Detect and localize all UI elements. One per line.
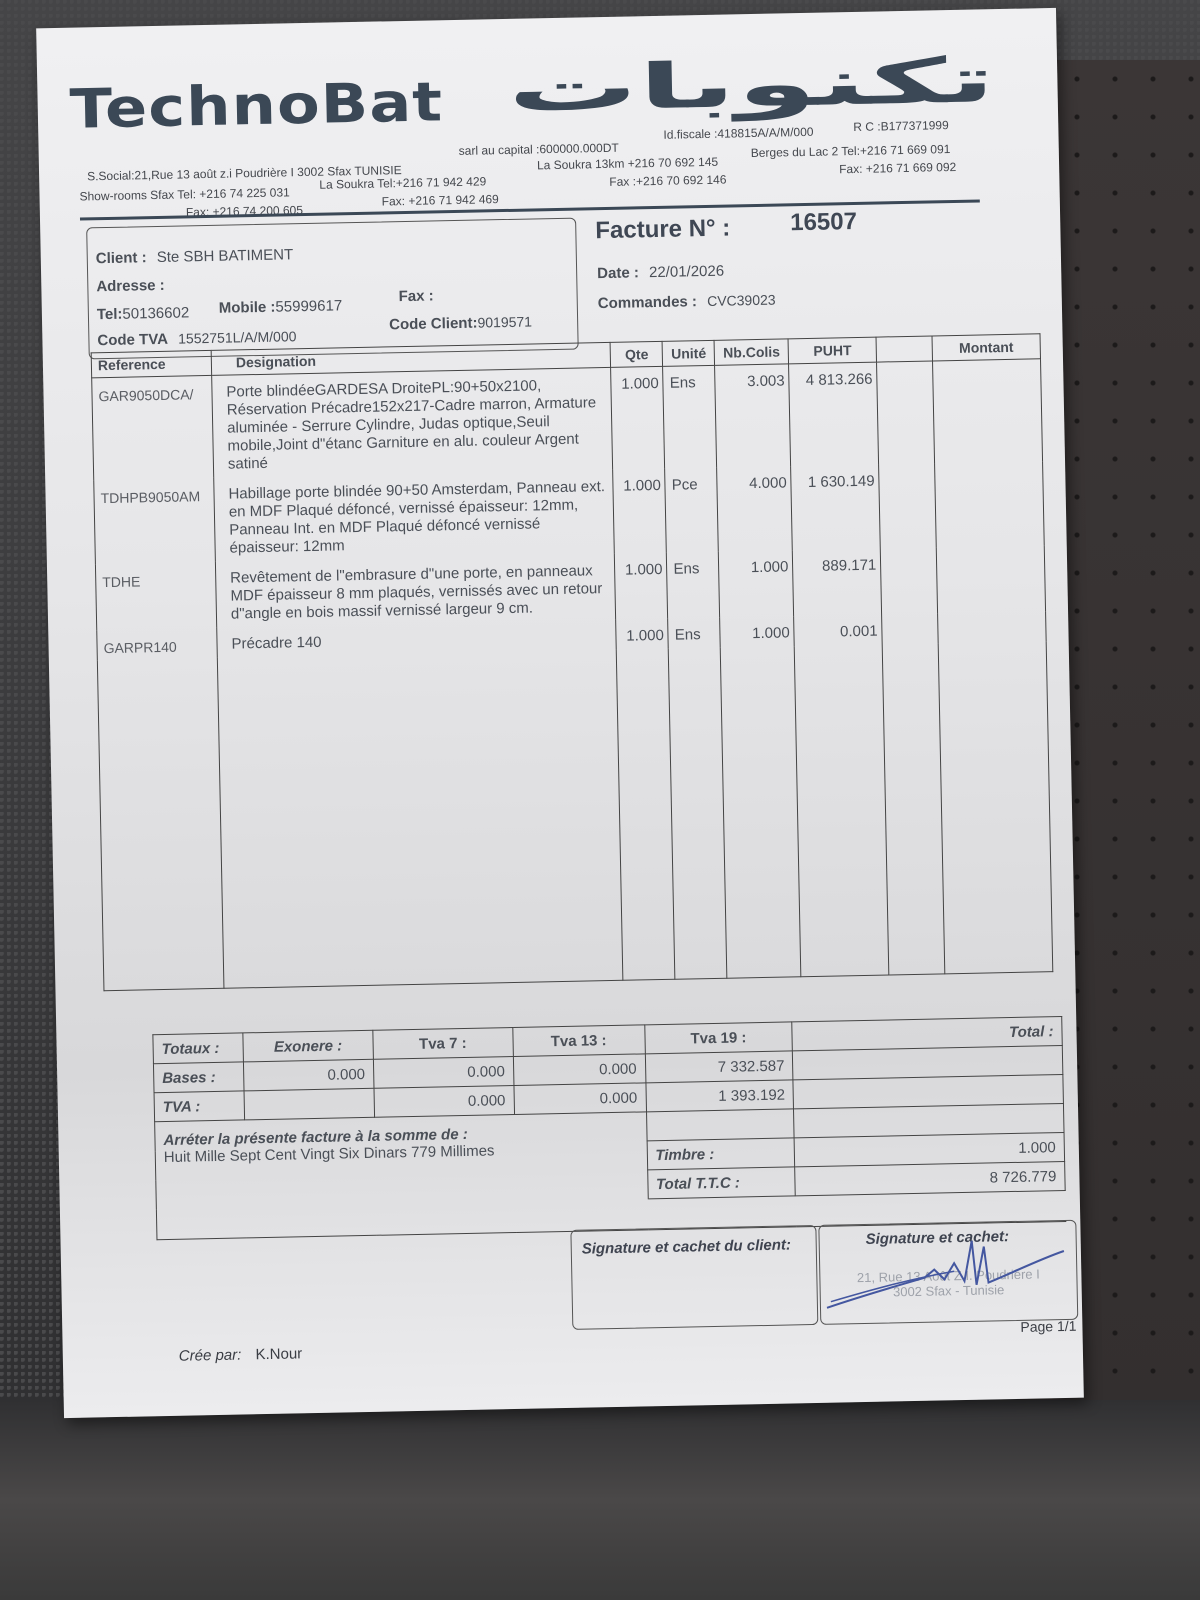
cell-unite: Ens xyxy=(667,552,720,619)
filler-cell xyxy=(97,658,224,991)
filler-cell xyxy=(721,646,802,978)
tel-label: Tel: xyxy=(97,306,123,324)
showroom-berges: Berges du Lac 2 Tel:+216 71 669 091 xyxy=(751,142,951,160)
cell-reference: TDHE xyxy=(95,562,216,630)
cell-puht: 4 813.266 xyxy=(789,362,879,466)
cell-puht: 889.171 xyxy=(793,549,882,617)
cell-extra xyxy=(877,361,935,465)
tva13-tva: 0.000 xyxy=(514,1083,646,1115)
cell-puht: 0.001 xyxy=(794,615,883,647)
filler-cell xyxy=(217,650,623,988)
commandes-value: CVC39023 xyxy=(707,292,776,309)
tva7-tva: 0.000 xyxy=(374,1086,514,1118)
tva-label: TVA : xyxy=(154,1091,245,1122)
invoice-paper: TechnoBat تكنوبات S.Social:21,Rue 13 aoû… xyxy=(36,8,1084,1418)
timbre-label: Timbre : xyxy=(647,1138,795,1170)
client-name: Ste SBH BATIMENT xyxy=(157,246,294,266)
cell-extra xyxy=(879,463,937,548)
tva13-header: Tva 13 : xyxy=(512,1025,644,1057)
page-number: Page 1/1 xyxy=(1020,1318,1076,1335)
tva7-header: Tva 7 : xyxy=(373,1028,513,1060)
mobile-value: 55999617 xyxy=(275,297,342,315)
created-by-label: Crée par: xyxy=(179,1347,242,1365)
cell-qte: 1.000 xyxy=(616,619,669,650)
filler-cell xyxy=(669,648,728,979)
totals-table: Totaux : Exonere : Tva 7 : Tva 13 : Tva … xyxy=(152,1016,1066,1240)
company-logo-latin: TechnoBat xyxy=(69,70,444,140)
client-signature-label: Signature et cachet du client: xyxy=(571,1226,815,1258)
table-row: GAR9050DCA/Porte blindéeGARDESA DroitePL… xyxy=(92,359,1043,481)
cell-nb-colis: 3.003 xyxy=(715,364,791,468)
invoice-items-table: Reference Designation Qte Unité Nb.Colis… xyxy=(91,333,1054,991)
tva19-base: 7 332.587 xyxy=(645,1051,793,1083)
mobile-label: Mobile : xyxy=(219,299,276,317)
fax-label: Fax : xyxy=(398,287,433,305)
exonere-tva xyxy=(244,1088,374,1120)
company-fiscal-id: Id.fiscale :418815A/A/M/000 xyxy=(663,125,813,142)
cell-montant xyxy=(936,545,1045,613)
showroom-berges-fax: Fax: +216 71 669 092 xyxy=(839,160,956,176)
showroom-soukra13: La Soukra 13km +216 70 692 145 xyxy=(537,155,718,173)
col-reference: Reference xyxy=(91,350,211,377)
cell-qte: 1.000 xyxy=(611,366,665,470)
cell-nb-colis: 4.000 xyxy=(717,466,793,551)
cell-reference: TDHPB9050AM xyxy=(94,478,216,564)
commandes-label: Commandes : xyxy=(598,293,698,312)
company-rc: R C :B177371999 xyxy=(853,118,949,134)
cell-montant xyxy=(938,611,1047,643)
blank-cell xyxy=(646,1109,794,1141)
company-signature-box: Signature et cachet: 21, Rue 13 Août Z.I… xyxy=(818,1220,1078,1325)
client-signature-box: Signature et cachet du client: xyxy=(570,1225,818,1330)
invoice-title: Facture N° : xyxy=(595,214,730,245)
cell-montant xyxy=(935,461,1045,547)
tva7-base: 0.000 xyxy=(373,1057,513,1089)
bases-label: Bases : xyxy=(153,1062,244,1093)
code-tva-value: 1552751L/A/M/000 xyxy=(178,328,297,346)
cell-nb-colis: 1.000 xyxy=(720,616,795,647)
cell-designation: Porte blindéeGARDESA DroitePL:90+50x2100… xyxy=(212,367,613,477)
cell-qte: 1.000 xyxy=(613,469,667,554)
background-floor xyxy=(0,1400,1200,1600)
cell-extra xyxy=(882,613,938,644)
cell-designation: Revêtement de l"embrasure d"une porte, e… xyxy=(215,554,616,628)
tel-value: 50136602 xyxy=(122,304,189,322)
code-tva-label: Code TVA xyxy=(97,331,168,349)
exonere-header: Exonere : xyxy=(243,1030,373,1062)
col-montant: Montant xyxy=(932,334,1040,361)
table-filler-row xyxy=(97,641,1052,990)
cell-montant xyxy=(933,359,1043,464)
filler-cell xyxy=(882,643,944,975)
client-label: Client : xyxy=(96,249,147,267)
client-info-box: Client : Ste SBH BATIMENT Adresse : Tel:… xyxy=(86,218,579,360)
tva13-base: 0.000 xyxy=(513,1054,645,1086)
showroom-sfax: Show-rooms Sfax Tel: +216 74 225 031 xyxy=(79,185,289,203)
ttc-label: Total T.T.C : xyxy=(647,1167,795,1199)
date-label: Date : xyxy=(597,264,639,282)
cell-unite: Ens xyxy=(668,618,721,649)
showroom-soukra: La Soukra Tel:+216 71 942 429 xyxy=(319,174,486,191)
date-value: 22/01/2026 xyxy=(649,263,724,282)
tva19-header: Tva 19 : xyxy=(644,1022,792,1054)
showroom-soukra13-fax: Fax :+216 70 692 146 xyxy=(609,173,726,189)
signature-scribble-icon xyxy=(824,1231,1076,1316)
filler-cell xyxy=(938,641,1053,974)
created-by-value: K.Nour xyxy=(255,1345,302,1363)
cell-reference: GARPR140 xyxy=(97,628,218,660)
col-blank xyxy=(876,336,932,362)
cell-reference: GAR9050DCA/ xyxy=(92,375,214,480)
cell-unite: Ens xyxy=(663,365,717,469)
col-nb-colis: Nb.Colis xyxy=(714,339,788,365)
code-client-value: 9019571 xyxy=(477,313,532,330)
filler-cell xyxy=(617,649,676,980)
tva19-tva: 1 393.192 xyxy=(645,1080,793,1112)
company-logo-arabic: تكنوبات xyxy=(507,43,996,126)
cell-nb-colis: 1.000 xyxy=(719,550,794,617)
code-client-label: Code Client: xyxy=(389,315,478,334)
exonere-base: 0.000 xyxy=(243,1059,373,1091)
company-capital: sarl au capital :600000.000DT xyxy=(459,141,619,158)
col-unite: Unité xyxy=(662,340,714,366)
cell-extra xyxy=(880,547,937,614)
filler-cell xyxy=(794,645,889,977)
col-qte: Qte xyxy=(610,341,662,367)
invoice-number: 16507 xyxy=(790,208,857,237)
totaux-label: Totaux : xyxy=(153,1033,244,1064)
cell-qte: 1.000 xyxy=(615,553,668,620)
cell-designation: Habillage porte blindée 90+50 Amsterdam,… xyxy=(214,470,615,562)
col-puht: PUHT xyxy=(788,337,876,364)
cell-puht: 1 630.149 xyxy=(791,465,881,551)
showroom-soukra-fax: Fax: +216 71 942 469 xyxy=(382,192,499,208)
cell-unite: Pce xyxy=(665,468,719,553)
address-label: Adresse : xyxy=(96,277,165,295)
